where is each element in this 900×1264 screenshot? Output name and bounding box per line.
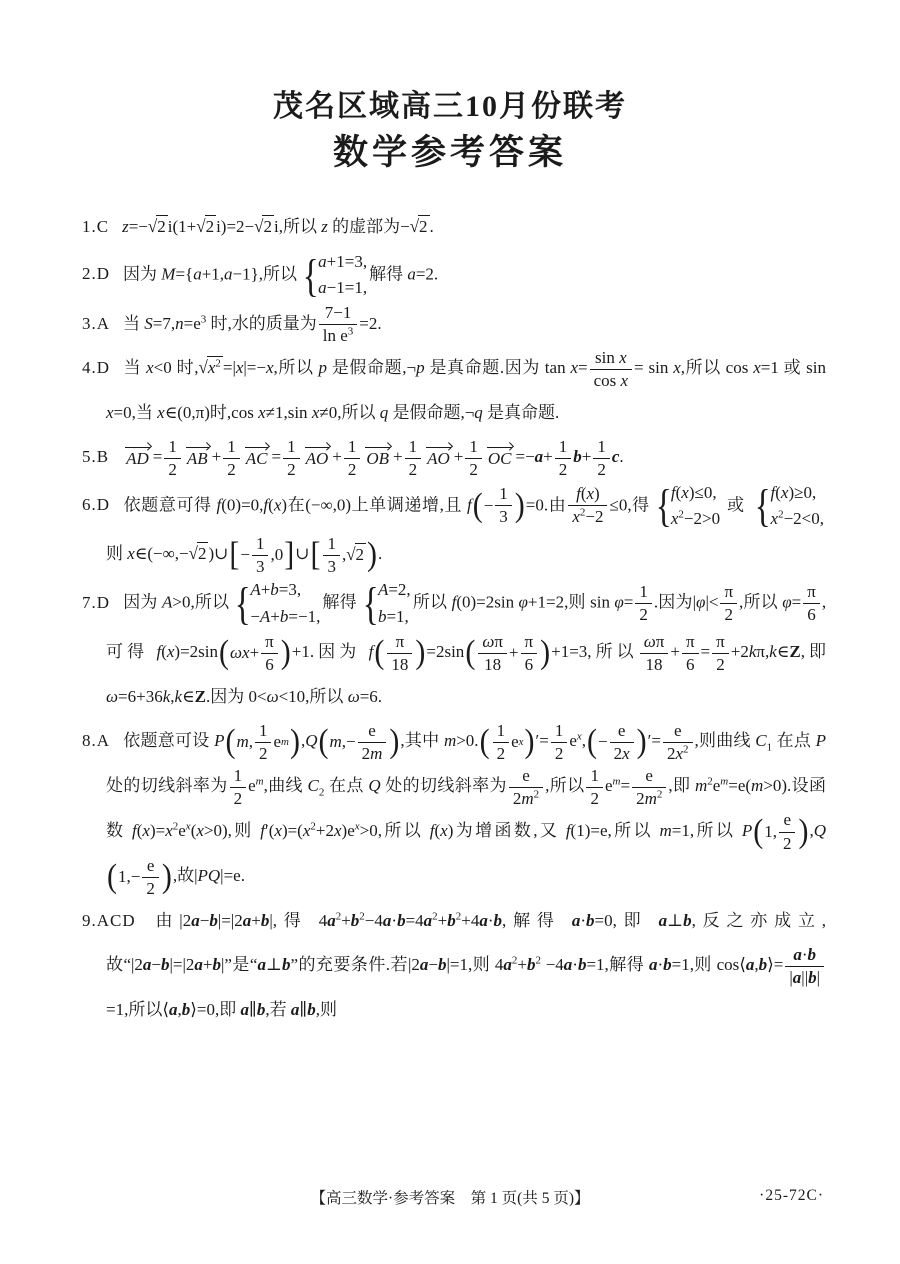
fraction-numerator: 1	[635, 582, 652, 604]
text-run: 2	[614, 744, 623, 763]
text-run: =1,所以⟨	[106, 1000, 169, 1019]
close-delimiter: )	[539, 636, 551, 670]
fraction: e2m2	[632, 766, 666, 809]
variable: M	[161, 264, 175, 283]
text-run: e	[522, 766, 530, 785]
variable: C	[755, 731, 766, 750]
variable: x	[196, 821, 204, 840]
radicand: 2	[355, 543, 367, 565]
variable: a	[318, 252, 327, 271]
delimited-content: ωx+π6	[230, 631, 280, 675]
open-delimiter: (	[752, 815, 764, 849]
text-run: >0,所以	[360, 821, 430, 840]
vector-symbol: a	[257, 955, 266, 974]
variable: x	[127, 544, 135, 563]
text-run: −2>0	[684, 509, 720, 528]
variable: x	[165, 821, 173, 840]
text-run: i,所以	[274, 217, 321, 236]
radicand: 2	[156, 215, 168, 237]
text-run: .	[619, 447, 623, 466]
text-run: )	[594, 484, 600, 503]
text-run: 2	[469, 460, 478, 479]
cases-rows: f(x)≥0,x2−2<0,	[771, 480, 824, 533]
text-run: ≤0,得	[609, 495, 649, 514]
fraction: 12	[493, 721, 510, 764]
cases-rows: f(x)≤0,x2−2>0	[671, 480, 720, 533]
variable: A	[250, 580, 260, 599]
radical-sign-icon: √	[410, 204, 419, 250]
text-run: −	[151, 955, 161, 974]
fraction-numerator: e	[779, 810, 796, 832]
text-run: 因为	[123, 264, 161, 283]
text-run: 3	[256, 557, 265, 576]
variable: z	[321, 217, 328, 236]
text-run: +	[212, 447, 222, 466]
text-run: i)=2−	[216, 217, 254, 236]
text-run: )为增函数,又	[448, 821, 566, 840]
close-delimiter: )	[636, 725, 648, 759]
vector-name: AC	[244, 450, 270, 468]
text-run: e	[645, 766, 653, 785]
vector-symbol: a	[503, 955, 512, 974]
cases-row: −A+b=−1,	[250, 604, 320, 630]
text-run: .	[430, 217, 434, 236]
text-run: −	[240, 533, 250, 577]
vector-symbol: b	[447, 911, 456, 930]
cases-row: a+1=3,	[318, 249, 367, 275]
fraction: ωπ18	[478, 632, 507, 675]
text-run: e	[178, 821, 186, 840]
text-run: |=|2	[218, 911, 243, 930]
answer-label: 1.C	[82, 217, 109, 236]
fraction-numerator: 1	[344, 437, 361, 459]
text-run: 1	[555, 721, 564, 740]
fraction: π6	[682, 632, 699, 675]
text-run: 2	[716, 655, 725, 674]
variable: m	[330, 720, 342, 764]
text-run: 2	[198, 544, 207, 563]
answer-item: 7.D因为 A>0,所以{A+b=3,−A+b=−1,解得{A=2,b=1,所以…	[82, 577, 826, 719]
variable: A	[260, 607, 270, 626]
fraction-denominator: 2x	[610, 743, 634, 764]
text-run: 2	[234, 789, 243, 808]
fraction: π6	[803, 582, 820, 625]
fraction: 12	[555, 437, 572, 480]
text-run: 由|2	[149, 911, 192, 930]
text-run: ,−	[342, 720, 356, 764]
variable: PQ	[198, 866, 221, 885]
answer-item: 6.D依题意可得 f(0)=0,f(x)在(−∞,0)上单调递增,且 f(−13…	[82, 480, 826, 578]
text-run: ,故|	[173, 866, 198, 885]
fraction-numerator: 1	[586, 766, 603, 788]
fraction-denominator: 2	[593, 459, 610, 480]
delimited-content: 13,√2	[321, 533, 366, 577]
text-run: |<	[705, 593, 718, 612]
cases-row: f(x)≥0,	[771, 480, 824, 506]
text-run: +	[393, 447, 403, 466]
open-delimiter: (	[472, 489, 484, 523]
delimited-group: (π18)	[373, 632, 426, 675]
square-root: √2	[254, 205, 274, 249]
text-run: 因为	[123, 593, 162, 612]
text-run: 是假命题,¬	[327, 358, 416, 377]
text-run: ∈(0,π)时,cos	[165, 403, 258, 422]
fraction: π2	[712, 632, 729, 675]
vector-symbol: a	[243, 911, 252, 930]
vector-name: OC	[486, 450, 514, 468]
fraction-denominator: 6	[261, 654, 278, 675]
text-run: =6+36	[118, 687, 163, 706]
variable: x	[266, 358, 274, 377]
variable: x	[673, 358, 681, 377]
brace-icon: {	[235, 583, 251, 624]
fraction: 12	[405, 437, 422, 480]
text-run: =0,当	[114, 403, 158, 422]
radical-sign-icon: √	[148, 204, 157, 250]
answer-item: 9.ACD由|2a−b|=|2a+b|,得 4a2+b2−4a·b=4a2+b2…	[82, 899, 826, 1032]
close-delimiter: )	[161, 860, 173, 894]
superscript: 3	[348, 326, 354, 338]
fraction-denominator: 2m	[358, 743, 387, 764]
fraction-numerator: 1	[555, 437, 572, 459]
text-run: =	[624, 593, 634, 612]
fraction-denominator: 2	[344, 459, 361, 480]
text-run: >0.	[456, 731, 478, 750]
vector-symbol: b	[397, 911, 406, 930]
variable: k	[769, 642, 777, 661]
answer-label: 7.D	[82, 593, 110, 612]
fraction-numerator: 1	[551, 721, 568, 743]
set-symbol: Z	[789, 642, 800, 661]
text-run: 1,−	[118, 855, 140, 899]
answer-item: 5.BAD=12AB+12AC=12AO+12OB+12AO+12OC=−a+1…	[82, 435, 826, 480]
vector-name: OB	[364, 450, 391, 468]
vector: AD	[124, 443, 151, 468]
text-run: ={	[175, 264, 193, 283]
fraction-denominator: 18	[387, 654, 412, 675]
text-run: .因为|	[654, 593, 696, 612]
fraction-denominator: 2	[142, 878, 159, 899]
delimited-content: 12ex	[491, 720, 524, 764]
variable: x	[572, 507, 580, 526]
text-run: ∈	[777, 642, 790, 661]
radicand: 2	[262, 215, 274, 237]
fraction-denominator: 2	[283, 459, 300, 480]
text-run: ln e	[323, 326, 348, 345]
variable: b	[270, 580, 279, 599]
fraction-numerator: 1	[593, 437, 610, 459]
variable: m	[659, 821, 671, 840]
fraction: 12	[586, 766, 603, 809]
answer-item: 1.Cz=−√2i(1+√2i)=2−√2i,所以 z 的虚部为−√2.	[82, 205, 826, 249]
text-run: +2	[731, 642, 749, 661]
text-run: 所以	[413, 593, 452, 612]
radicand: x2	[207, 356, 223, 378]
vector-symbol: b	[182, 1000, 191, 1019]
text-run: π	[686, 632, 695, 651]
variable: a	[407, 264, 416, 283]
variable: m	[645, 789, 657, 808]
variable: a	[224, 264, 233, 283]
fraction-denominator: 2	[551, 743, 568, 764]
vector-symbol: a	[793, 945, 802, 964]
text-run: +	[543, 447, 553, 466]
variable: A	[378, 580, 388, 599]
text-run: =	[701, 642, 711, 661]
delimited-content: π18	[385, 632, 414, 675]
text-run: e	[147, 856, 155, 875]
vector-arrow-icon	[124, 443, 151, 450]
text-run: =−	[515, 447, 534, 466]
text-run: 1	[259, 721, 268, 740]
text-run: +	[251, 911, 261, 930]
variable: x	[106, 403, 114, 422]
text-run: +	[341, 911, 351, 930]
text-run: −	[484, 484, 494, 528]
variable: ω	[482, 632, 494, 651]
close-delimiter: )	[388, 725, 400, 759]
close-delimiter: )	[280, 636, 292, 670]
fraction-denominator: 2	[405, 459, 422, 480]
fraction-denominator: 2	[465, 459, 482, 480]
vector-arrow-icon	[304, 443, 331, 450]
superscript: 2	[683, 743, 689, 755]
variable: z	[122, 217, 129, 236]
text-run: +1.因为	[292, 642, 369, 661]
brace-icon: {	[363, 583, 379, 624]
text-run: 3	[499, 507, 508, 526]
close-delimiter: )	[797, 815, 809, 849]
set-symbol: Z	[195, 687, 206, 706]
text-run: 2	[362, 744, 371, 763]
text-run: ,0	[270, 533, 283, 577]
delimited-group: (ωπ18+π6)	[464, 631, 551, 675]
text-run: 依题意可得	[123, 495, 216, 514]
text-run: ,	[249, 720, 253, 764]
fraction-numerator: π	[720, 582, 737, 604]
variable: p	[416, 358, 425, 377]
fraction-numerator: e	[632, 766, 666, 788]
text-run: 2	[639, 605, 648, 624]
text-run: |”是“	[221, 955, 257, 974]
text-run: 时,水的质量为	[206, 314, 317, 333]
text-run: 2	[497, 744, 506, 763]
fraction: e2x2	[663, 721, 693, 764]
text-run: 1	[499, 484, 508, 503]
answer-label: 8.A	[82, 731, 110, 750]
text-run: ⟩=0,即	[190, 1000, 240, 1019]
variable: x	[258, 403, 266, 422]
fraction-denominator: 3	[495, 506, 512, 527]
text-run: −	[428, 955, 438, 974]
fraction-numerator: e	[358, 721, 387, 743]
text-run: +	[517, 955, 527, 974]
cases-row: A=2,	[378, 577, 411, 603]
answer-item: 3.A当 S=7,n=e3 时,水的质量为7−1ln e3=2.	[82, 302, 826, 347]
text-run: ,曲线	[264, 776, 308, 795]
variable: C	[308, 776, 319, 795]
text-run: >0,所以	[172, 593, 229, 612]
fraction-numerator: 1	[465, 437, 482, 459]
vector-symbol: b	[573, 447, 582, 466]
fraction-denominator: 3	[323, 556, 340, 577]
variable: ω	[267, 687, 279, 706]
variable: x	[242, 631, 250, 675]
radicand: 2	[418, 215, 430, 237]
fraction-numerator: 1	[223, 437, 240, 459]
text-run: ,所以	[545, 776, 584, 795]
vector-symbol: a	[479, 911, 488, 930]
text-run: −	[598, 720, 608, 764]
document-page: 茂名区域高三10月份联考 数学参考答案 1.Cz=−√2i(1+√2i)=2−√…	[0, 0, 900, 1264]
text-run: 6	[265, 655, 274, 674]
text-run: e	[248, 776, 256, 795]
text-run: 解得	[322, 593, 357, 612]
text-run: 1,	[764, 810, 777, 854]
text-run: +4	[461, 911, 479, 930]
text-run: 1	[234, 766, 243, 785]
variable: x	[681, 483, 689, 502]
square-root: √2	[346, 533, 366, 577]
fraction: sin xcos x	[590, 348, 632, 391]
text-run: 2	[157, 217, 166, 236]
vector-name: AO	[425, 450, 452, 468]
fraction-numerator: 1	[495, 484, 512, 506]
variable: φ	[614, 593, 623, 612]
variable: x	[771, 509, 779, 528]
text-run: =e	[184, 314, 201, 333]
text-run: ∪	[295, 544, 309, 563]
fraction-denominator: x2−2	[568, 506, 607, 527]
text-run: 1	[639, 582, 648, 601]
text-run: +	[203, 955, 213, 974]
fraction-numerator: 1	[323, 534, 340, 556]
vector: AC	[244, 443, 270, 468]
fraction-numerator: π	[803, 582, 820, 604]
text-run: e	[674, 721, 682, 740]
text-run: −2	[585, 507, 603, 526]
vector-symbol: a	[191, 911, 200, 930]
vector-arrow-icon	[244, 443, 270, 450]
vector-symbol: a	[240, 1000, 249, 1019]
answer-item: 2.D因为 M={a+1,a−1},所以{a+1=3,a−1=1,解得 a=2.	[82, 249, 826, 302]
text-run: +	[261, 580, 271, 599]
delimited-content: −13	[484, 484, 514, 528]
text-run: |=|2	[170, 955, 195, 974]
text-run: ∥	[299, 1000, 307, 1019]
text-run: +1,	[202, 264, 224, 283]
text-run: 1	[348, 437, 357, 456]
fraction-denominator: ln e3	[319, 325, 358, 346]
text-run: .因为 0<	[206, 687, 267, 706]
cases-row: b=1,	[378, 604, 411, 630]
open-delimiter: (	[479, 725, 491, 759]
answer-item: 8.A依题意可设 P(m,12em),Q(m,−e2m),其中 m>0.(12e…	[82, 719, 826, 899]
radical-sign-icon: √	[189, 531, 198, 577]
text-run: 2	[227, 460, 236, 479]
fraction: e2x	[610, 721, 634, 764]
text-run: 2	[419, 217, 428, 236]
text-run: π	[724, 582, 733, 601]
delimited-group: [13,√2)	[309, 533, 378, 577]
variable: x	[619, 348, 627, 367]
variable: x	[157, 403, 165, 422]
fraction: 12	[164, 437, 181, 480]
text-run: >0),则	[204, 821, 260, 840]
text-run: 在点	[324, 776, 368, 795]
vector-symbol: b	[808, 945, 817, 964]
text-run: 2	[783, 834, 792, 853]
delimited-group: (−13)	[472, 484, 526, 528]
text-run: +	[670, 642, 680, 661]
vector-symbol: b	[494, 911, 503, 930]
document-header: 茂名区域高三10月份联考 数学参考答案	[0, 0, 900, 175]
text-run: = sin	[634, 358, 673, 377]
cases-row: f(x)≤0,	[671, 480, 720, 506]
text-run: π	[525, 632, 534, 651]
brace-icon: {	[655, 485, 671, 526]
answer-label: 3.A	[82, 314, 110, 333]
text-run: ,即	[801, 642, 826, 661]
variable: x	[142, 821, 150, 840]
variable: φ	[782, 593, 791, 612]
text-run: +2	[316, 821, 334, 840]
text-run: .	[378, 544, 382, 563]
fraction-numerator: π	[712, 632, 729, 654]
text-run: 2	[259, 744, 268, 763]
text-run: 6	[686, 655, 695, 674]
superscript: m	[256, 776, 264, 788]
text-run: π	[396, 632, 405, 651]
text-run: 18	[646, 655, 663, 674]
delimited-group: (−e2x)	[586, 720, 648, 764]
delimited-group: (m,−e2m)	[318, 720, 401, 764]
radicand: 2	[197, 542, 209, 564]
fraction-denominator: 18	[478, 654, 507, 675]
open-delimiter: [	[228, 539, 240, 573]
variable: ω	[348, 687, 360, 706]
fraction-denominator: 2	[779, 833, 796, 854]
delimited-content: −13,0	[240, 533, 283, 577]
text-run: (1)=e,所以	[571, 821, 660, 840]
variable: x	[621, 371, 629, 390]
text-run: π	[716, 632, 725, 651]
fraction-denominator: 2	[555, 459, 572, 480]
vector: OC	[486, 443, 514, 468]
vector-arrow-icon	[425, 443, 452, 450]
close-delimiter: )	[514, 489, 526, 523]
text-run: π	[265, 632, 274, 651]
answer-label: 5.B	[82, 447, 109, 466]
text-run: e	[569, 731, 577, 750]
text-run: =	[578, 358, 588, 377]
variable: a	[318, 278, 327, 297]
variable: q	[380, 403, 389, 422]
close-delimiter: )	[366, 539, 378, 573]
brace-icon: {	[755, 485, 771, 526]
variable: P	[816, 731, 826, 750]
text-run: 2	[725, 605, 734, 624]
text-run: 则	[106, 544, 127, 563]
text-run: )=(	[282, 821, 303, 840]
fraction-numerator: 1	[230, 766, 247, 788]
text-run: π	[494, 632, 503, 651]
fraction-denominator: 2	[712, 654, 729, 675]
text-run: =0.由	[526, 495, 567, 514]
variable: Q	[368, 776, 380, 795]
text-run: ≠1,sin	[266, 403, 312, 422]
text-run: +	[332, 447, 342, 466]
